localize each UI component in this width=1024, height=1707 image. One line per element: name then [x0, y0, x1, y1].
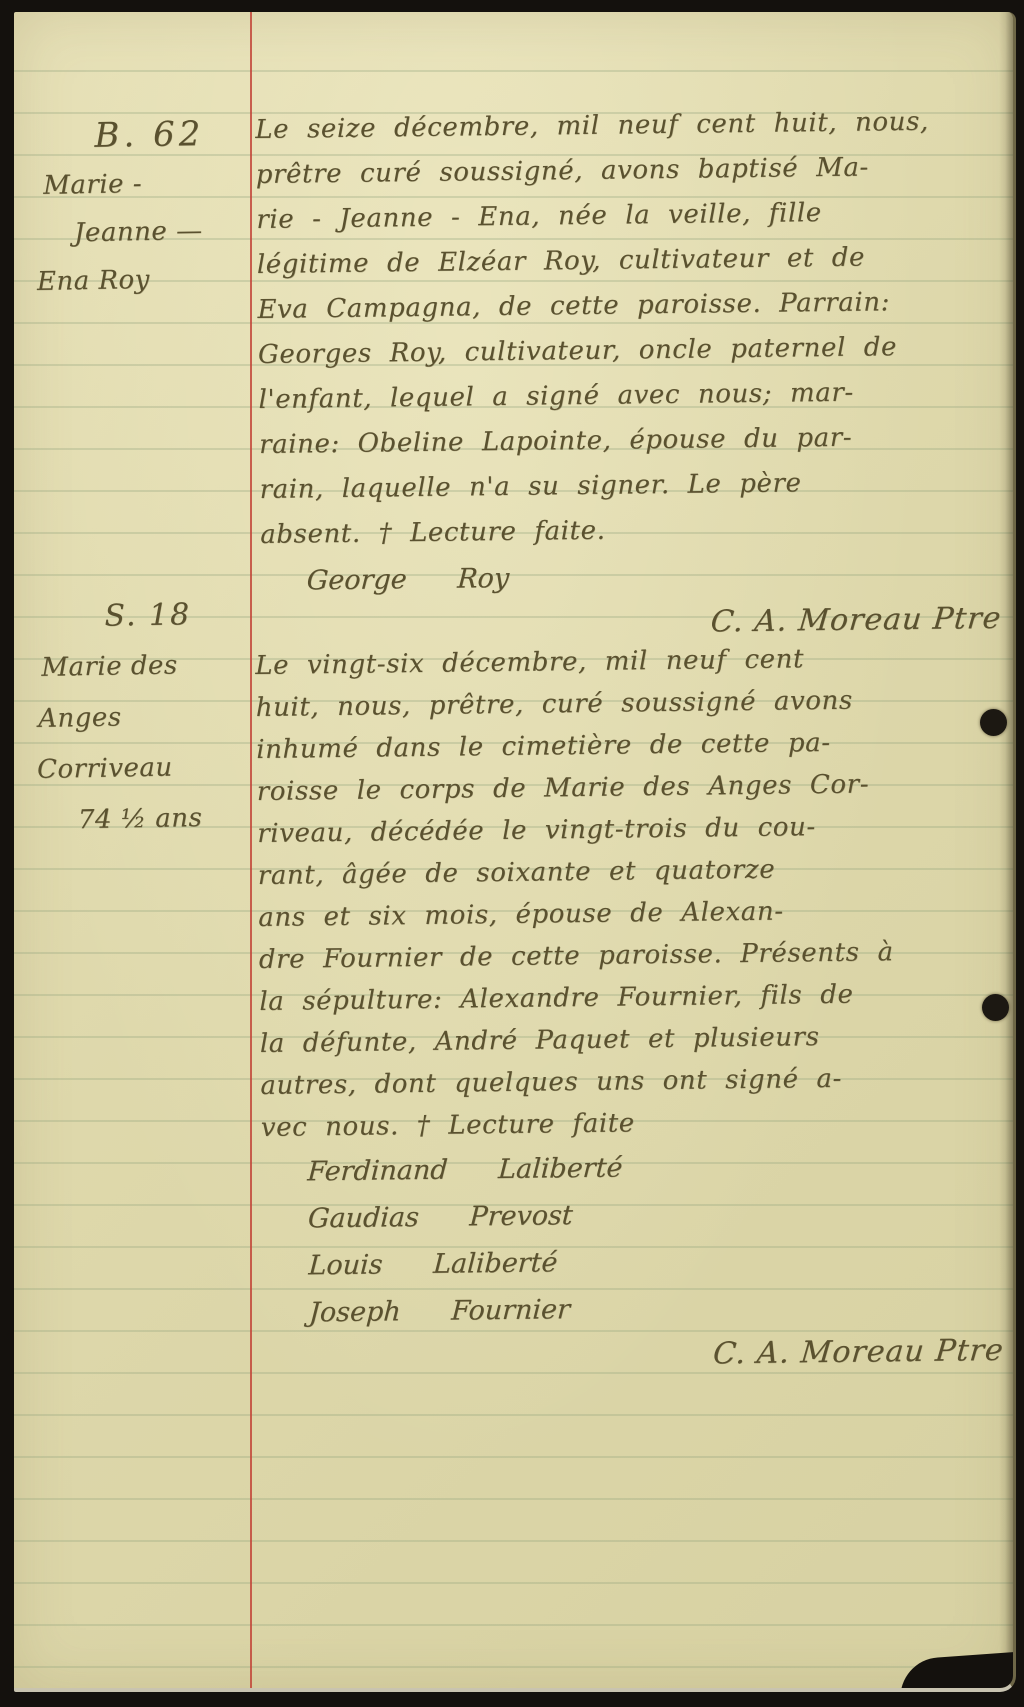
handwritten-line: Le seize décembre, mil neuf cent huit, n…: [255, 99, 1013, 153]
baptism-margin-annotations: B. 62Marie -Jeanne —Ena Roy: [32, 108, 251, 306]
register-scan: B. 62Marie -Jeanne —Ena Roy Le seize déc…: [0, 0, 1024, 1707]
hole-punch-top: [980, 709, 1007, 736]
hole-punch-bottom: [982, 994, 1009, 1021]
bottom-right-corner-shadow: [898, 1652, 1016, 1692]
baptism-record-b62: Le seize décembre, mil neuf cent huit, n…: [255, 99, 1016, 651]
burial-witness-signatures: Ferdinand LalibertéGaudias PrevostLouis …: [261, 1140, 1016, 1337]
officiant-signature: C. A. Moreau Ptre: [262, 1328, 1016, 1383]
baptism-record-text: Le seize décembre, mil neuf cent huit, n…: [255, 99, 1016, 558]
burial-record-s18: Le vingt-six décembre, mil neuf centhuit…: [255, 636, 1016, 1383]
burial-margin-annotations: S. 18Marie desAngesCorriveau74 ½ ans: [32, 588, 252, 847]
margin-annotation-line: S. 18: [32, 588, 249, 643]
margin-annotation-line: Marie -: [33, 158, 250, 210]
ledger-page: B. 62Marie -Jeanne —Ena Roy Le seize déc…: [14, 12, 1016, 1692]
margin-annotation-line: Ena Roy: [35, 254, 252, 306]
margin-annotation-line: Anges: [34, 690, 251, 745]
burial-record-text: Le vingt-six décembre, mil neuf centhuit…: [255, 636, 1016, 1149]
margin-annotation-line: 74 ½ ans: [36, 792, 253, 847]
margin-annotation-line: B. 62: [32, 108, 249, 162]
margin-annotation-line: Marie des: [33, 639, 250, 694]
margin-annotation-line: Corriveau: [35, 741, 252, 796]
margin-annotation-line: Jeanne —: [34, 206, 251, 258]
